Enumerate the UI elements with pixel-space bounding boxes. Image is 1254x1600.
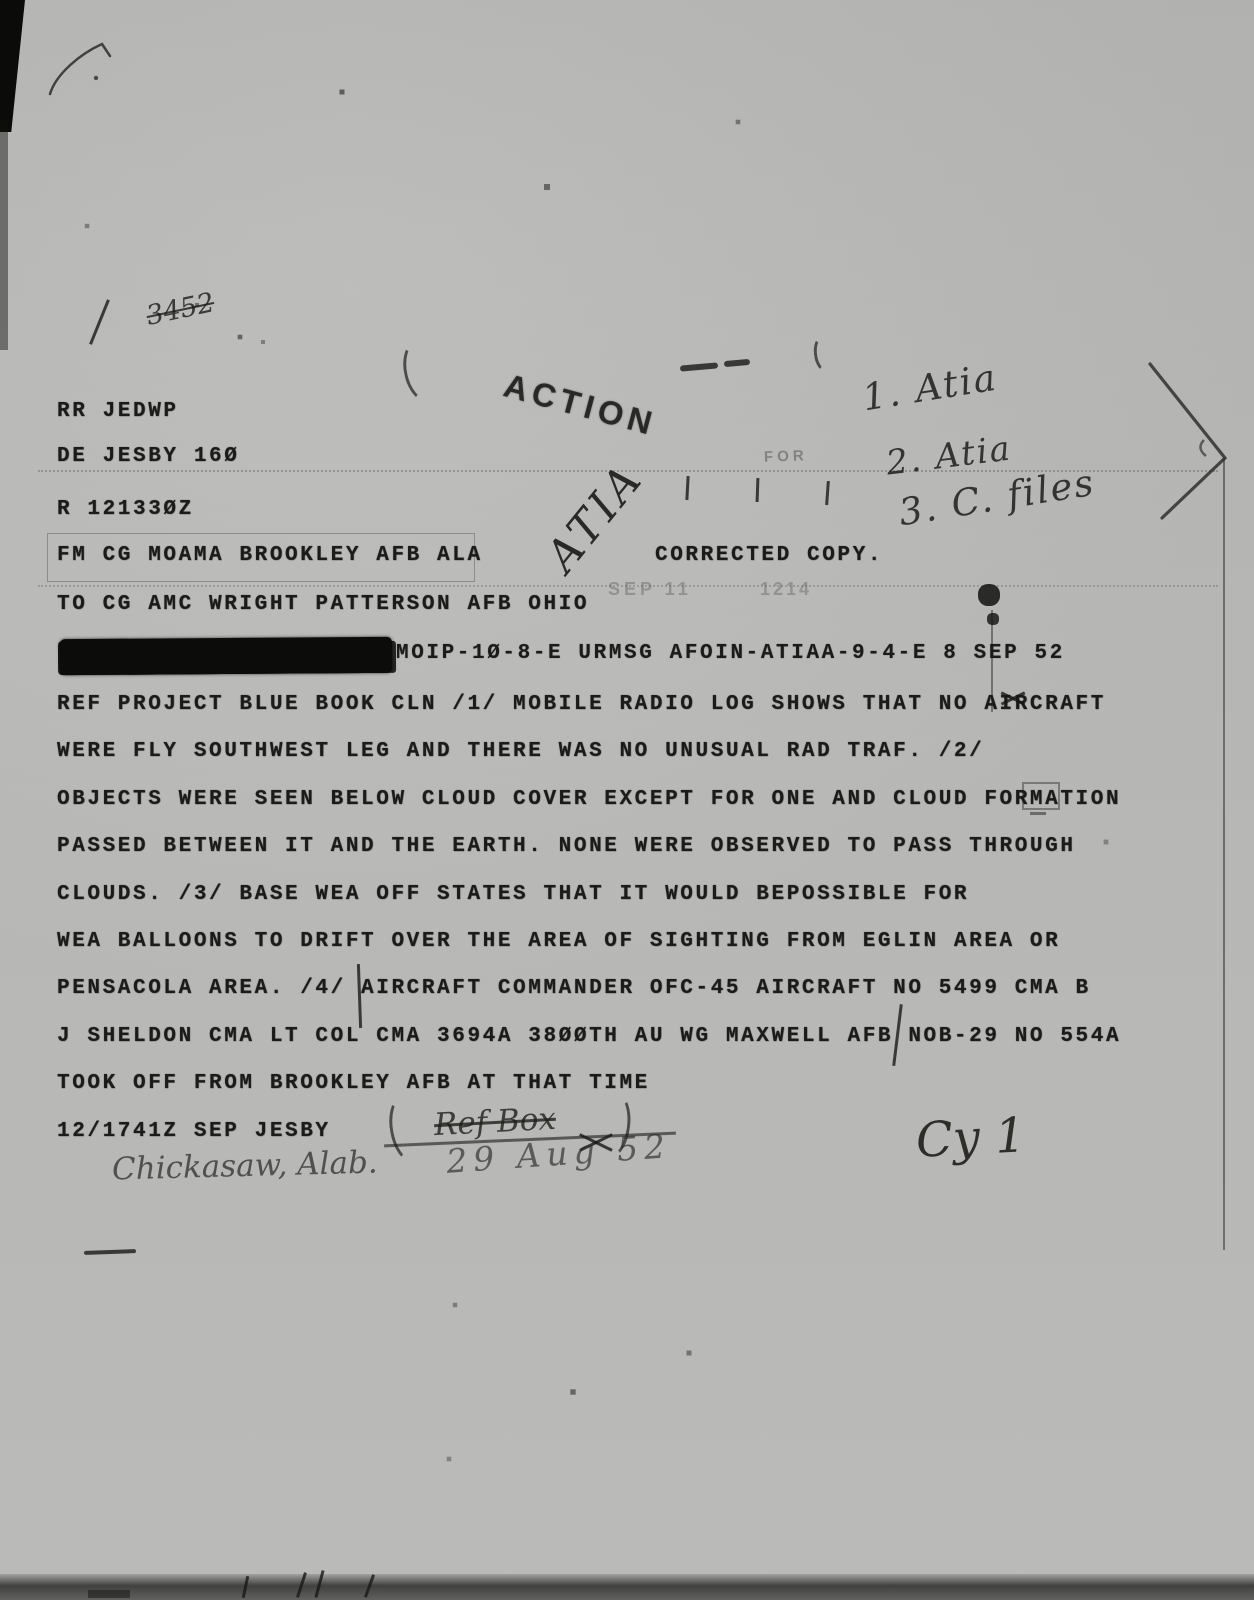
body-line: REF PROJECT BLUE BOOK CLN /1/ MOBILE RAD… xyxy=(57,681,1121,728)
body-line: TOOK OFF FROM BROOKLEY AFB AT THAT TIME xyxy=(57,1060,1121,1107)
body-line: CLOUDS. /3/ BASE WEA OFF STATES THAT IT … xyxy=(57,871,1121,918)
office-symbol-line: MOIP-1Ø-8-E URMSG AFOIN-ATIAA-9-4-E 8 SE… xyxy=(396,636,1065,665)
from-line: FM CG MOAMA BROOKLEY AFB ALA xyxy=(57,544,483,567)
pen-tick xyxy=(756,478,759,502)
pen-bracket xyxy=(1118,348,1248,538)
received-time-stamp: 1214 xyxy=(760,579,812,600)
routing-line-1: RR JEDWP xyxy=(57,400,179,423)
copy-note: Cy 1 xyxy=(915,1107,1027,1169)
pen-tick xyxy=(685,476,689,500)
pen-arc xyxy=(398,337,446,405)
corrected-copy-label: CORRECTED COPY. xyxy=(655,544,883,567)
margin-line xyxy=(1223,458,1225,1250)
received-date-stamp: SEP 11 xyxy=(608,579,692,600)
message-body: REF PROJECT BLUE BOOK CLN /1/ MOBILE RAD… xyxy=(57,681,1121,1155)
crossed-scribble: 3452 xyxy=(144,287,218,332)
pen-slash xyxy=(89,299,109,344)
pen-tick xyxy=(825,481,829,505)
pen-squiggle xyxy=(40,28,140,108)
body-line: PENSACOLA AREA. /4/ AIRCRAFT COMMANDER O… xyxy=(57,965,1121,1012)
overstrike-dash xyxy=(1030,812,1046,815)
location-note: Chickasaw, Alab. xyxy=(112,1145,379,1188)
paper-specks xyxy=(0,0,2,2)
scan-edge-left-shadow xyxy=(0,120,8,350)
pen-dash xyxy=(84,1249,136,1255)
body-line: WEA BALLOONS TO DRIFT OVER THE AREA OF S… xyxy=(57,918,1121,965)
office-symbol-row: MOIP-1Ø-8-E URMSG AFOIN-ATIAA-9-4-E 8 SE… xyxy=(60,636,1065,674)
to-line: TO CG AMC WRIGHT PATTERSON AFB OHIO xyxy=(57,593,589,616)
scan-edge-bottom xyxy=(0,1574,1254,1600)
for-stamp: FOR xyxy=(764,447,808,466)
pen-dash xyxy=(680,362,718,371)
body-line: OBJECTS WERE SEEN BELOW CLOUD COVER EXCE… xyxy=(57,776,1121,823)
routing-note: 1. Atia xyxy=(859,356,1000,420)
routing-line-2: DE JESBY 16Ø xyxy=(57,445,239,468)
scanned-telegram-page: 3452 ACTION FOR SEP 11 1214 ATIA 1. Atia… xyxy=(0,0,1254,1600)
body-line: WERE FLY SOUTHWEST LEG AND THERE WAS NO … xyxy=(57,728,1121,775)
overstrike-box xyxy=(1022,782,1060,810)
dtg-line: R 12133ØZ xyxy=(57,498,194,521)
body-line: J SHELDON CMA LT COL CMA 3694A 38ØØTH AU… xyxy=(57,1013,1121,1060)
overstrike-x xyxy=(1000,688,1026,708)
redaction-bar xyxy=(60,637,392,675)
action-stamp: ACTION xyxy=(500,366,661,443)
body-line: PASSED BETWEEN IT AND THE EARTH. NONE WE… xyxy=(57,823,1121,870)
scan-edge-left xyxy=(0,0,25,132)
ink-smudge xyxy=(978,584,1000,606)
atia-handwriting: ATIA xyxy=(536,453,654,581)
pen-arc xyxy=(812,335,837,373)
edge-mark xyxy=(88,1590,130,1598)
pen-dash xyxy=(724,359,750,367)
